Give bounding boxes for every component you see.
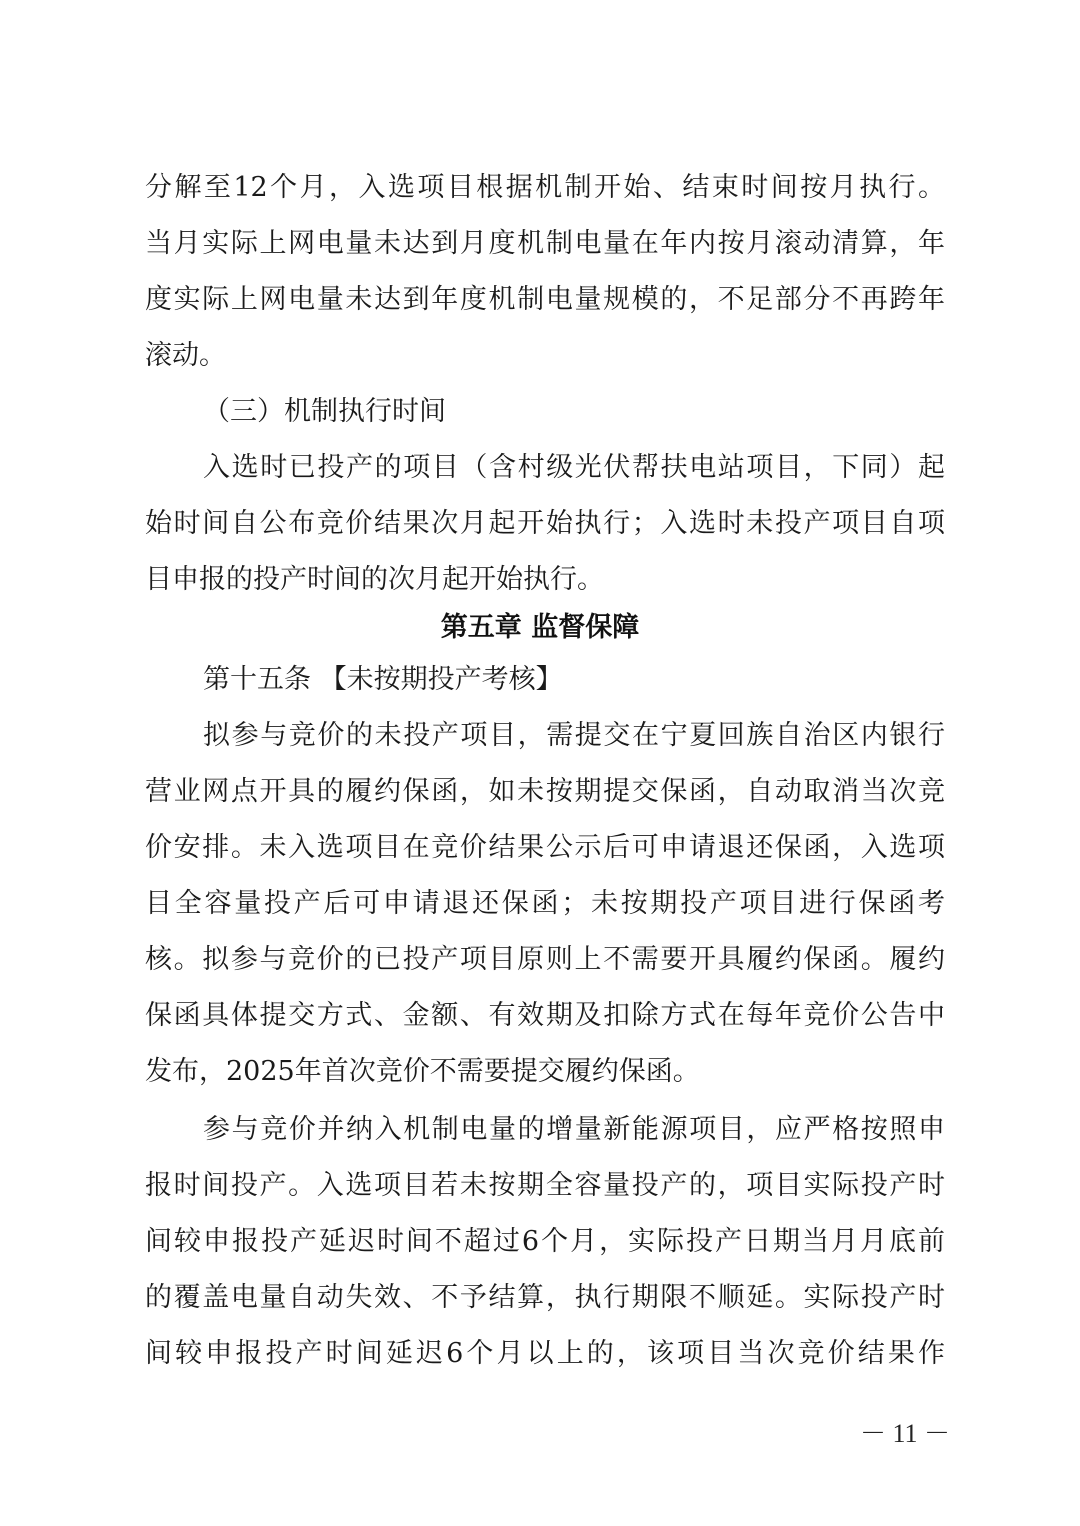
text-line: 目申报的投产时间的次月起开始执行。: [145, 560, 945, 600]
document-page: 分解至12个月，入选项目根据机制开始、结束时间按月执行。 当月实际上网电量未达到…: [0, 0, 1080, 1526]
text-line: 的覆盖电量自动失效、不予结算，执行期限不顺延。实际投产时: [145, 1278, 945, 1318]
text-line: 拟参与竞价的未投产项目，需提交在宁夏回族自治区内银行: [203, 716, 945, 756]
text-line: 始时间自公布竞价结果次月起开始执行；入选时未投产项目自项: [145, 504, 945, 544]
text-line: 入选时已投产的项目（含村级光伏帮扶电站项目，下同）起: [203, 448, 945, 488]
article-heading: 第十五条 【未按期投产考核】: [203, 660, 945, 700]
text-line: 营业网点开具的履约保函，如未按期提交保函，自动取消当次竞: [145, 772, 945, 812]
text-line: 滚动。: [145, 336, 945, 376]
text-line: 度实际上网电量未达到年度机制电量规模的，不足部分不再跨年: [145, 280, 945, 320]
text-line: 报时间投产。入选项目若未按期全容量投产的，项目实际投产时: [145, 1166, 945, 1206]
chapter-heading: 第五章 监督保障: [0, 608, 1080, 648]
text-line: 参与竞价并纳入机制电量的增量新能源项目，应严格按照申: [203, 1110, 945, 1150]
section-heading: （三）机制执行时间: [203, 392, 945, 432]
text-line: 发布，2025年首次竞价不需要提交履约保函。: [145, 1052, 945, 1092]
text-line: 目全容量投产后可申请退还保函；未按期投产项目进行保函考: [145, 884, 945, 924]
text-line: 保函具体提交方式、金额、有效期及扣除方式在每年竞价公告中: [145, 996, 945, 1036]
text-line: 核。拟参与竞价的已投产项目原则上不需要开具履约保函。履约: [145, 940, 945, 980]
text-line: 间较申报投产时间延迟6个月以上的，该项目当次竞价结果作: [145, 1334, 945, 1374]
text-line: 间较申报投产延迟时间不超过6个月，实际投产日期当月月底前: [145, 1222, 945, 1262]
page-number: － 11 －: [860, 1418, 950, 1450]
text-line: 分解至12个月，入选项目根据机制开始、结束时间按月执行。: [145, 168, 945, 208]
text-line: 价安排。未入选项目在竞价结果公示后可申请退还保函，入选项: [145, 828, 945, 868]
text-line: 当月实际上网电量未达到月度机制电量在年内按月滚动清算，年: [145, 224, 945, 264]
